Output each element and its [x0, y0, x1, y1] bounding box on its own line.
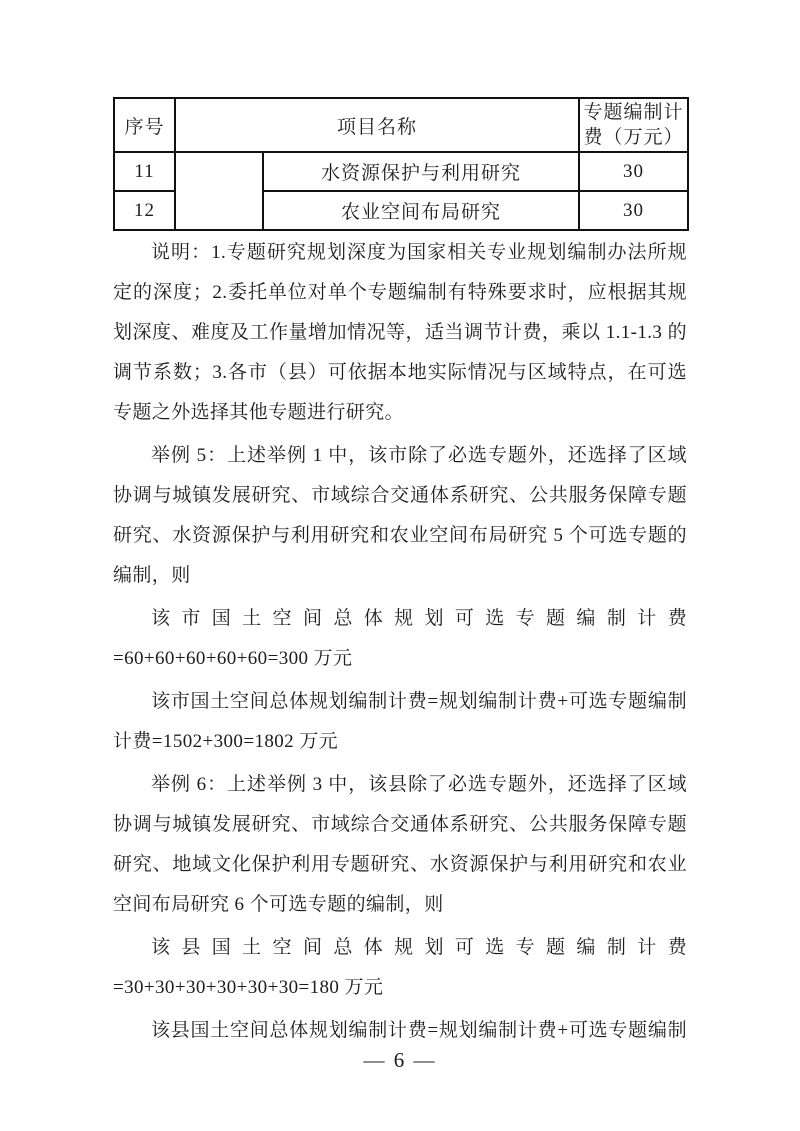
example-5-calculation: 该市国土空间总体规划可选专题编制计费 =60+60+60+60+60=300 万… — [113, 599, 687, 679]
row12-project-name: 农业空间布局研究 — [263, 191, 579, 230]
fee-table: 序号 项目名称 专题编制计费（万元） 11 水资源保护与利用研究 30 12 农… — [113, 97, 689, 231]
merged-group-cell — [175, 152, 263, 230]
row11-seq: 11 — [114, 152, 175, 191]
notes-paragraph: 说明：1.专题研究规划深度为国家相关专业规划编制办法所规定的深度；2.委托单位对… — [113, 233, 687, 433]
example-5-paragraph: 举例 5：上述举例 1 中，该市除了必选专题外，还选择了区域协调与城镇发展研究、… — [113, 436, 687, 596]
document-page: 序号 项目名称 专题编制计费（万元） 11 水资源保护与利用研究 30 12 农… — [0, 0, 800, 1131]
row12-seq: 12 — [114, 191, 175, 230]
page-content: 序号 项目名称 专题编制计费（万元） 11 水资源保护与利用研究 30 12 农… — [113, 97, 687, 1054]
calc-title-line: 该县国土空间总体规划可选专题编制计费 — [113, 928, 687, 968]
calc-title-line: 该市国土空间总体规划可选专题编制计费 — [113, 599, 687, 639]
calc-result-line: =60+60+60+60+60=300 万元 — [113, 639, 687, 679]
calc-result-line: =30+30+30+30+30+30=180 万元 — [113, 968, 687, 1008]
table-header-project-name: 项目名称 — [175, 98, 579, 152]
row11-fee: 30 — [579, 152, 688, 191]
table-header-fee: 专题编制计费（万元） — [579, 98, 688, 152]
table-row: 11 水资源保护与利用研究 30 — [114, 152, 688, 191]
table-header-row: 序号 项目名称 专题编制计费（万元） — [114, 98, 688, 152]
page-number: — 6 — — [0, 1045, 800, 1075]
example-6-calculation: 该县国土空间总体规划可选专题编制计费 =30+30+30+30+30+30=18… — [113, 928, 687, 1008]
document-body: 说明：1.专题研究规划深度为国家相关专业规划编制办法所规定的深度；2.委托单位对… — [113, 233, 687, 1051]
example-5-total-paragraph: 该市国土空间总体规划编制计费=规划编制计费+可选专题编制计费=1502+300=… — [113, 682, 687, 762]
table-header-seq: 序号 — [114, 98, 175, 152]
row11-project-name: 水资源保护与利用研究 — [263, 152, 579, 191]
example-6-paragraph: 举例 6：上述举例 3 中，该县除了必选专题外，还选择了区域协调与城镇发展研究、… — [113, 765, 687, 925]
row12-fee: 30 — [579, 191, 688, 230]
